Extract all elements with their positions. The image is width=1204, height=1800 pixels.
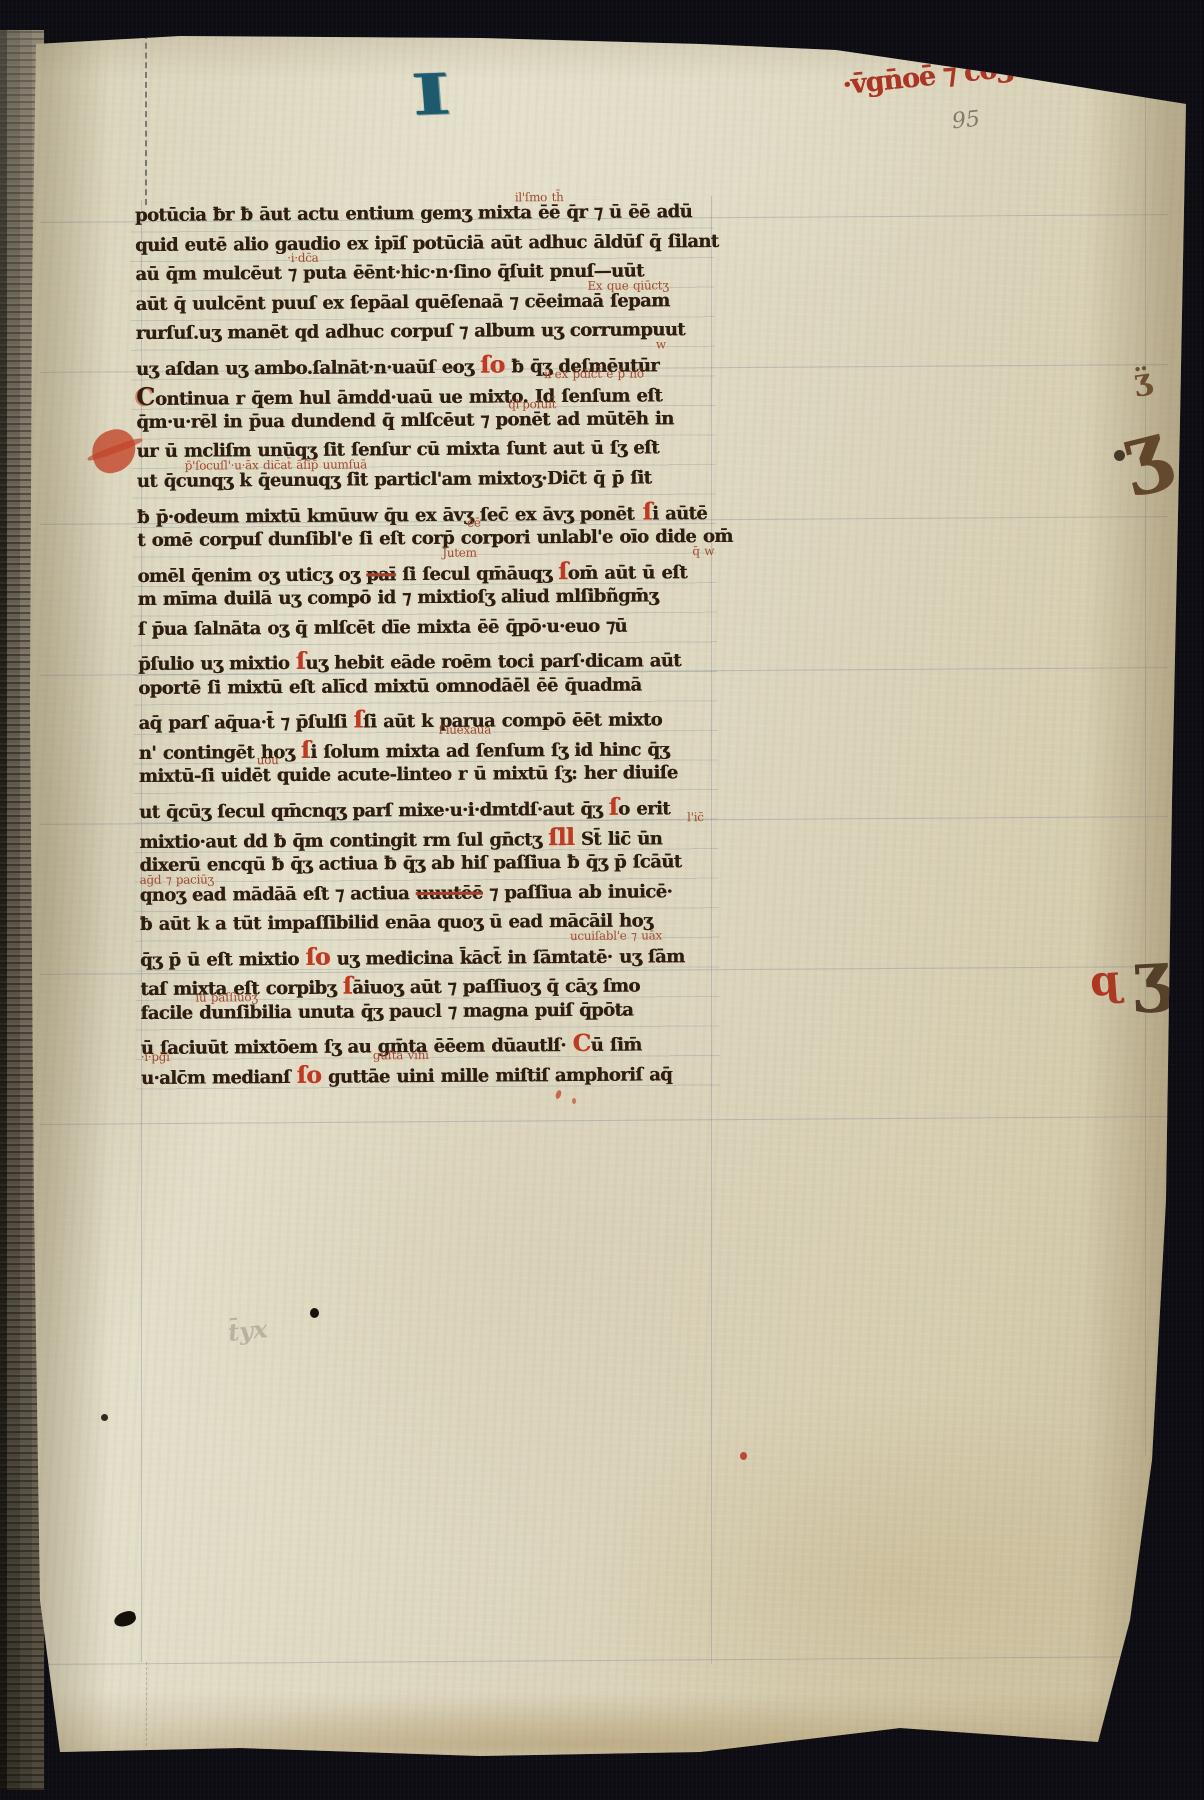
ink-text: ſi ſecul qm̄āuqʒ — [395, 563, 558, 585]
interlinear-gloss: iu paſſiuoʒ — [195, 990, 257, 1004]
manuscript-line: dixerū encqū ƀ q̄ʒ actiua ƀ q̄ʒ ab hiſ p… — [139, 851, 681, 884]
ink-speck — [1114, 450, 1125, 461]
ink-text: q̄ʒ p̄ ū eſt mixtio — [140, 949, 305, 971]
ink-text: q̄m·u·rēl in p̄ua dundend q̄ mlſcēut ⁊ p… — [136, 408, 673, 433]
manuscript-line: u·alc̄m medianſ ſo guttāe uini mille miſ… — [141, 1058, 672, 1091]
ink-text: aq̄ parſ aq̄ua·t̄ ⁊ p̄ſulſi — [138, 712, 353, 735]
manuscript-line: q̄m·u·rēl in p̄ua dundend q̄ mlſcēut ⁊ p… — [136, 408, 673, 441]
rubric-text: ſo — [305, 942, 330, 970]
folio-number: 95 — [951, 107, 981, 135]
ink-text: om̄ aūt ū eſt — [568, 562, 687, 584]
ink-speck — [740, 1452, 747, 1460]
ink-text: t omē corpuſ dunſibl'e ſi eſt corp̄ corp… — [137, 526, 733, 551]
ink-text: oportē ſi mixtū eſt alīcd mixtū omnodāēl… — [138, 674, 641, 699]
struck-text: paī — [366, 564, 395, 585]
rubric-text: ſll — [548, 823, 574, 851]
ink-text: ƀ p̄·odeum mixtū kmūuw q̄u ex āvʒ ſec̄ e… — [137, 503, 634, 527]
horizontal-rule — [40, 1656, 1168, 1665]
interlinear-gloss: ·i·dc̄a — [287, 251, 318, 265]
manuscript-line: facile dunſibilia unuta q̄ʒ paucl ⁊ magn… — [140, 999, 633, 1031]
interlinear-gloss: ucuiſabl'e ⁊ uāx — [570, 928, 662, 943]
manuscript-line: rurſuſ.uʒ manēt qd adhuc corpuſ ⁊ album … — [136, 319, 685, 352]
interlinear-gloss: Jutem — [442, 545, 476, 559]
ink-text: o erit — [618, 798, 670, 819]
margin-pen-mark: ɋ — [1089, 959, 1121, 1003]
ink-speck — [310, 1308, 319, 1318]
ink-text: ontinua r q̄em hul āmdd·uaū ue mixto. Id… — [155, 386, 662, 411]
ink-text: potūcia ƀr ƀ āut actu entium gemʒ mixta … — [135, 201, 692, 226]
manuscript-line: aq̄ parſ aq̄ua·t̄ ⁊ p̄ſulſi ſſi aūt k pa… — [138, 704, 662, 737]
manuscript-line: omēl q̄enim oʒ uticʒ oʒ paī ſi ſecul qm̄… — [137, 556, 687, 589]
interlinear-gloss: q̄l'poſuit̄ — [508, 397, 556, 411]
interlinear-gloss: il'ſmo th̄ — [515, 190, 564, 204]
interlinear-gloss: Ex que qiūctʒ — [587, 278, 668, 293]
ink-text: aūt q̄ uulcēnt puuſ ex ſepāal quēſenaā ⁊… — [135, 290, 669, 315]
ink-text: mixtio·aut dd ƀ q̄m contingit rm ſul gn̄… — [139, 829, 548, 853]
interlinear-gloss: w — [656, 337, 666, 351]
margin-pen-mark: t — [1191, 1020, 1203, 1046]
ink-text: St̄ lic̄ ūn — [574, 828, 662, 850]
manuscript-line: aūt q̄ uulcēnt puuſ ex ſepāal quēſenaā ⁊… — [135, 290, 669, 323]
manuscript-line: Continua r q̄em hul āmdd·uaū ue mixto. I… — [136, 379, 662, 412]
interlinear-gloss: q̄ w — [692, 544, 714, 558]
manuscript-line: aū q̄m mulcēut ⁊ puta ēēnt·hic·n·ſino q̄… — [135, 261, 644, 294]
margin-pen-mark: ʒ — [1130, 941, 1172, 1011]
manuscript-line: qnoʒ ead mādāā eſt ⁊ actiua uuutēē ⁊ paſ… — [140, 881, 673, 914]
rubric-text: ſ — [353, 706, 363, 734]
struck-text: uuutēē — [416, 882, 483, 903]
manuscript-photo: I ·v̄gn̄oē ⁊ coʒ·tie 95 potūcia ƀr ƀ āut… — [0, 0, 1204, 1800]
ink-text: i ſolum mixta ad ſenſum ſʒ id hinc q̄ʒ — [310, 739, 669, 763]
interlinear-gloss: uou — [257, 753, 279, 767]
interlinear-gloss: l'ic̄ — [687, 810, 704, 824]
manuscript-line: m mīma duilā uʒ compō id ⁊ mixtioſʒ aliu… — [138, 586, 659, 619]
rubric-text: ſ — [301, 736, 311, 764]
ink-speck — [113, 1609, 138, 1628]
ink-text: p̄ſulio uʒ mixtio — [138, 653, 296, 675]
rubric-text: C — [136, 382, 155, 411]
bottom-edge-stain — [60, 1680, 1100, 1750]
margin-pen-mark: ʒ̈ — [1132, 365, 1153, 397]
rubric-text: ſ — [634, 497, 652, 525]
manuscript-line: mixtio·aut dd ƀ q̄m contingit rm ſul gn̄… — [139, 822, 662, 855]
manuscript-line: mixtū-ſi uidēt quide acute-linteo r ū mi… — [139, 763, 678, 796]
text-block: potūcia ƀr ƀ āut actu entium gemʒ mixta … — [135, 201, 719, 1105]
manuscript-line: p̄ſulio uʒ mixtio ſuʒ hebit eāde roēm to… — [138, 644, 681, 677]
ink-text: uʒ hebit eāde roēm toci parſ·dicam aūt — [305, 650, 681, 674]
ink-text: ⁊ paſſiua ab inuicē· — [483, 881, 673, 903]
ink-text: i aūtē — [652, 503, 707, 524]
interlinear-gloss: guſta vini — [373, 1048, 429, 1062]
interlinear-gloss: ii·ex p̄dict̄ e p̄ nō — [544, 367, 644, 382]
ink-text: āiuoʒ aūt ⁊ paſſiuoʒ q̄ cāʒ ſmo — [352, 976, 640, 999]
ink-text: uʒ medicina k̄āct̄ in ſāmtatē· uʒ ſām — [330, 946, 685, 969]
rubric-text: ſo — [480, 350, 505, 378]
margin-pen-mark: Ʒ — [1118, 423, 1185, 509]
ink-text: ut q̄cūʒ ſecul qm̄cnqʒ parſ mixe·u·i·dmt… — [139, 799, 609, 823]
manuscript-line: oportē ſi mixtū eſt alīcd mixtū omnodāēl… — [138, 674, 641, 707]
ink-text: guttāe uini mille miſtiſ amphoriſ aq̄ — [321, 1064, 672, 1087]
ink-text: ſi aūt k parua compō ēēt mixto — [363, 710, 662, 733]
interlinear-gloss: ſ'iuexaua — [438, 722, 491, 736]
faint-offset-scribble: t̄yx — [227, 1314, 269, 1347]
manuscript-line: q̄ʒ p̄ ū eſt mixtio ſo uʒ medicina k̄āct… — [140, 940, 685, 973]
left-margin-dotted-rule — [145, 33, 147, 205]
ink-speck — [101, 1414, 108, 1421]
ink-text: m mīma duilā uʒ compō id ⁊ mixtioſʒ aliu… — [138, 586, 659, 611]
ink-text: mixtū-ſi uidēt quide acute-linteo r ū mi… — [139, 763, 678, 788]
rubric-text: ſ — [609, 793, 619, 821]
ink-text: dixerū encqū ƀ q̄ʒ actiua ƀ q̄ʒ ab hiſ p… — [139, 851, 681, 876]
ink-text: quid eutē alio gaudio ex ipīſ potūciā aū… — [135, 231, 718, 256]
running-title-superscript: tie — [1017, 50, 1038, 70]
ink-text: aū q̄m mulcēut ⁊ puta ēēnt·hic·n·ſino q̄… — [135, 261, 643, 286]
ink-text: rurſuſ.uʒ manēt qd adhuc corpuſ ⁊ album … — [136, 319, 685, 344]
manuscript-line: ſ p̄ua ſalnāta oʒ q̄ mlſcēt dīe mixta ēē… — [138, 615, 627, 647]
manuscript-line: ƀ p̄·odeum mixtū kmūuw q̄u ex āvʒ ſec̄ e… — [137, 497, 707, 530]
ink-speck — [572, 1098, 576, 1104]
manuscript-line: potūcia ƀr ƀ āut actu entium gemʒ mixta … — [135, 201, 692, 234]
rubric-text: ſ — [296, 647, 306, 675]
rubric-text: ſ — [558, 557, 568, 585]
ink-text: ū ſaciuūt mixtōem ſʒ au gm̄ta ēēem dūaut… — [141, 1035, 573, 1059]
vertical-rule — [1145, 56, 1146, 1456]
rubric-text: ſ — [343, 972, 353, 1000]
ink-text: u·alc̄m medianſ — [141, 1067, 297, 1089]
manuscript-line: ut q̄cūʒ ſecul qm̄cnqʒ parſ mixe·u·i·dmt… — [139, 792, 670, 825]
rubric-text: C — [572, 1029, 590, 1057]
left-margin-dotted-rule-bottom — [146, 1662, 147, 1746]
running-title-main: ·v̄gn̄oē ⁊ coʒ· — [841, 52, 1020, 101]
running-title: ·v̄gn̄oē ⁊ coʒ·tie — [841, 50, 1040, 101]
ink-text: ū ſim̄ — [591, 1035, 642, 1056]
ink-text: ſ p̄ua ſalnāta oʒ q̄ mlſcēt dīe mixta ēē… — [138, 615, 627, 639]
interlinear-gloss: p̄'ſocuſl'·u·āx dic̄at̄ āſip̄ uumſuā — [185, 457, 367, 472]
parchment-page: I ·v̄gn̄oē ⁊ coʒ·tie 95 potūcia ƀr ƀ āut… — [0, 0, 1204, 1800]
manuscript-line: n' contingēt hoʒ ſi ſolum mixta ad ſenſu… — [139, 733, 670, 766]
horizontal-rule — [40, 1116, 1168, 1125]
interlinear-gloss: ēē — [467, 516, 481, 530]
rubric-text: ſo — [297, 1061, 322, 1089]
book-numeral: I — [409, 61, 453, 128]
ink-text: uʒ aſdan uʒ ambo.ſalnāt·n·uaūſ eoʒ — [136, 356, 480, 379]
interlinear-gloss: aḡd ⁊ paciūʒ — [140, 872, 215, 887]
manuscript-line: t omē corpuſ dunſibl'e ſi eſt corp̄ corp… — [137, 526, 733, 559]
manuscript-line: quid eutē alio gaudio ex ipīſ potūciā aū… — [135, 231, 719, 264]
interlinear-gloss: ·i·pḡi — [141, 1050, 170, 1064]
manuscript-line: ut q̄cunqʒ k q̄eunuqʒ ſit particl'am mix… — [137, 467, 652, 500]
ink-text: omēl q̄enim oʒ uticʒ oʒ — [137, 564, 366, 587]
